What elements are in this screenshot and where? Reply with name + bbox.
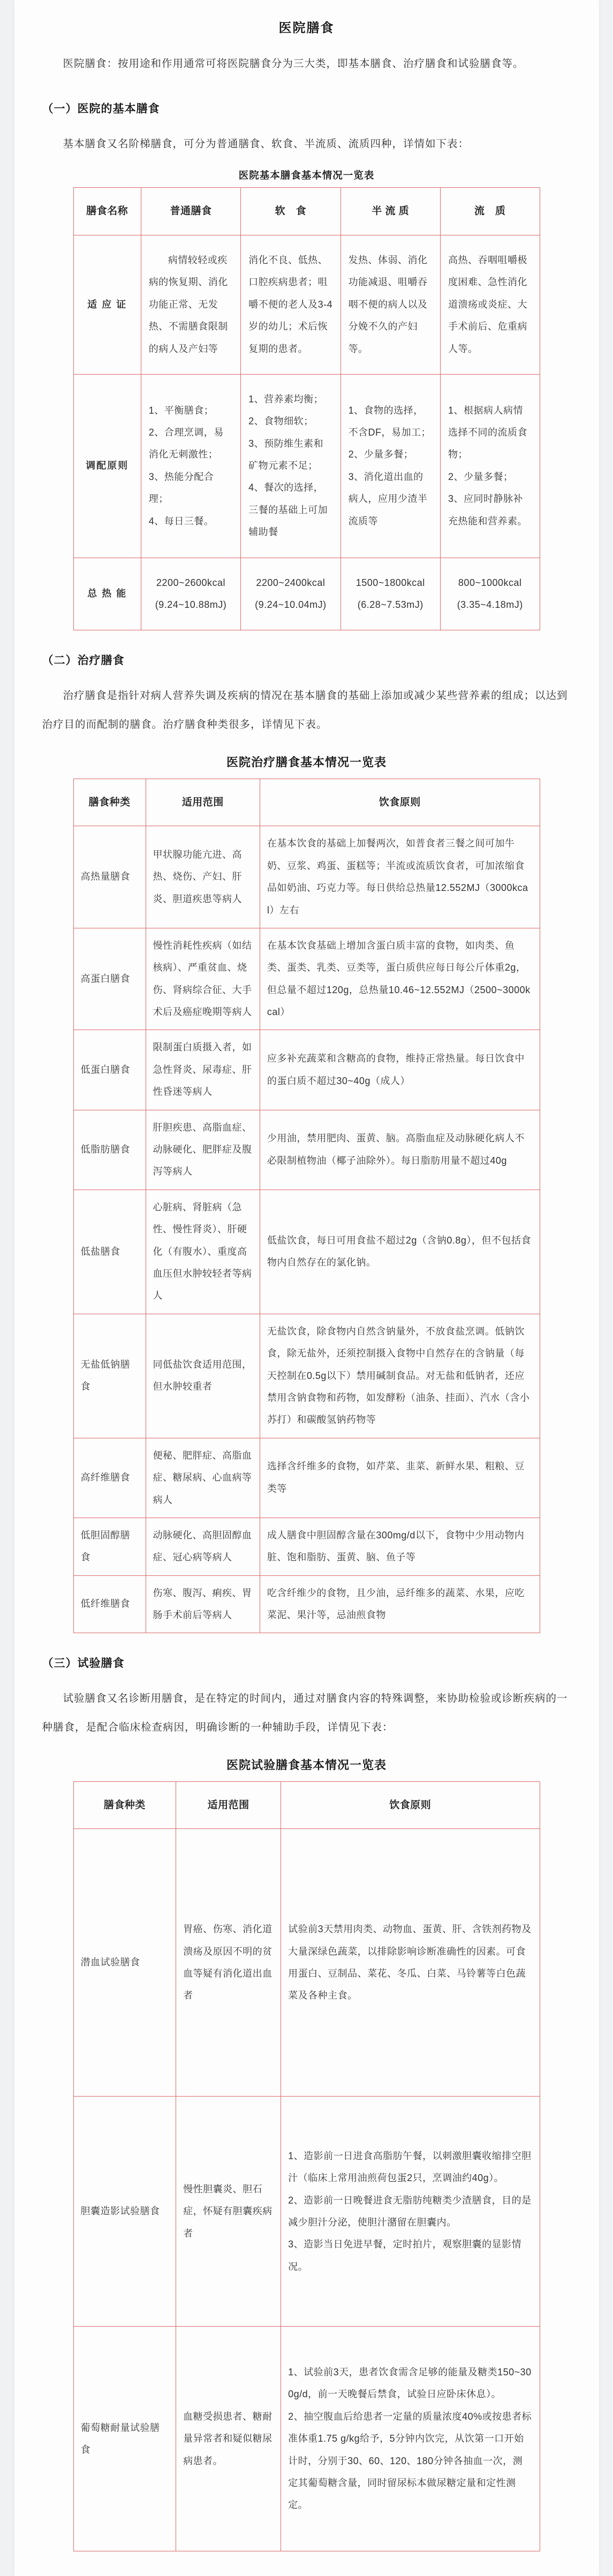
principle-cell: 选择含纤维多的食物，如芹菜、韭菜、新鲜水果、粗粮、豆类等 — [260, 1438, 540, 1518]
column-header: 适用范围 — [176, 1781, 281, 1829]
scope-cell: 慢性胆囊炎、胆石症，怀疑有胆囊疾病者 — [176, 2097, 281, 2327]
table-row: 膳食种类 适用范围 饮食原则 — [73, 779, 540, 826]
table-cell: 病情较轻或疾病的恢复期、消化功能正常、无发热、不需膳食限制的病人及产妇等 — [141, 235, 240, 374]
table-row: 胆囊造影试验膳食 慢性胆囊炎、胆石症，怀疑有胆囊疾病者 1、造影前一日进食高脂肪… — [73, 2097, 540, 2327]
principle-cell: 应多补充蔬菜和含糖高的食物，维持正常热量。每日饮食中的蛋白质不超过30~40g（… — [260, 1030, 540, 1110]
row-label: 低脂肪膳食 — [73, 1110, 146, 1190]
row-label: 潜血试验膳食 — [73, 1829, 176, 2097]
scope-cell: 心脏病、肾脏病（急性、慢性肾炎）、肝硬化（有腹水）、重度高血压但水肿较轻者等病人 — [146, 1190, 260, 1314]
row-label: 低纤维膳食 — [73, 1575, 146, 1633]
row-label: 低盐膳食 — [73, 1190, 146, 1314]
table-row: 膳食名称 普通膳食 软 食 半 流 质 流 质 — [73, 188, 540, 235]
table-cell: 消化不良、低热、口腔疾病患者；咀嚼不便的老人及3-4岁的幼儿；术后恢复期的患者。 — [241, 235, 340, 374]
scope-cell: 同低盐饮食适用范围，但水肿较重者 — [146, 1314, 260, 1438]
principle-cell: 1、造影前一日进食高脂肪午餐，以刺激胆囊收缩排空胆汁（临床上常用油煎荷包蛋2只，… — [281, 2097, 540, 2327]
table-row: 高蛋白膳食 慢性消耗性疾病（如结核病）、严重贫血、烧伤、肾病综合征、大手术后及癌… — [73, 928, 540, 1030]
principle-cell: 1、试验前3天，患者饮食需含足够的能量及糖类150~300g/d，前一天晚餐后禁… — [281, 2327, 540, 2551]
table-row: 低蛋白膳食 限制蛋白质摄入者，如急性肾炎、尿毒症、肝性昏迷等病人 应多补充蔬菜和… — [73, 1030, 540, 1110]
column-header: 饮食原则 — [281, 1781, 540, 1829]
document-page: 医院膳食 医院膳食：按用途和作用通常可将医院膳食分为三大类，即基本膳食、治疗膳食… — [14, 0, 599, 2576]
table-row: 低纤维膳食 伤寒、腹泻、痢疾、胃肠手术前后等病人 吃含纤维少的食物，且少油，忌纤… — [73, 1575, 540, 1633]
row-label: 低蛋白膳食 — [73, 1030, 146, 1110]
table-cell: 800~1000kcal (3.35~4.18mJ) — [440, 558, 540, 630]
table-cell: 1、平衡膳食； 2、合理烹调，易消化无刺激性； 3、热能分配合理； 4、每日三餐… — [141, 374, 240, 558]
table-row: 葡萄糖耐量试验膳食 血糖受损患者、糖耐量异常者和疑似糖尿病患者。 1、试验前3天… — [73, 2327, 540, 2551]
principle-cell: 吃含纤维少的食物，且少油，忌纤维多的蔬菜、水果，应吃菜泥、果汁等，忌油煎食物 — [260, 1575, 540, 1633]
row-label: 调配原则 — [73, 374, 141, 558]
bottom-whitespace — [14, 2551, 599, 2576]
table-row: 潜血试验膳食 胃癌、伤寒、消化道溃疡及原因不明的贫血等疑有消化道出血者 试验前3… — [73, 1829, 540, 2097]
row-label: 胆囊造影试验膳食 — [73, 2097, 176, 2327]
table-row: 无盐低钠膳食 同低盐饮食适用范围，但水肿较重者 无盐饮食，除食物内自然含钠量外，… — [73, 1314, 540, 1438]
principle-cell: 在基本饮食基础上增加含蛋白质丰富的食物，如肉类、鱼类、蛋类、乳类、豆类等，蛋白质… — [260, 928, 540, 1030]
basic-diet-table: 膳食名称 普通膳食 软 食 半 流 质 流 质 适 应 证 病情较轻或疾病的恢复… — [73, 187, 540, 630]
section-1-heading: （一）医院的基本膳食 — [42, 100, 571, 116]
column-header: 膳食种类 — [73, 1781, 176, 1829]
table-row: 高热量膳食 甲状腺功能亢进、高热、烧伤、产妇、肝炎、胆道疾患等病人 在基本饮食的… — [73, 826, 540, 928]
table-row: 高纤维膳食 便秘、肥胖症、高脂血症、糖尿病、心血病等病人 选择含纤维多的食物，如… — [73, 1438, 540, 1518]
section-3-lead: 试验膳食又名诊断用膳食，是在特定的时间内，通过对膳食内容的特殊调整，来协助检验或… — [42, 1685, 571, 1742]
principle-cell: 在基本饮食的基础上加餐两次，如普食者三餐之间可加牛奶、豆浆、鸡蛋、蛋糕等；半流或… — [260, 826, 540, 928]
table-cell: 发热、体弱、消化功能减退、咀嚼吞咽不便的病人以及分娩不久的产妇等。 — [340, 235, 440, 374]
table-row: 膳食种类 适用范围 饮食原则 — [73, 1781, 540, 1829]
scope-cell: 伤寒、腹泻、痢疾、胃肠手术前后等病人 — [146, 1575, 260, 1633]
section-2-heading: （二）治疗膳食 — [42, 652, 571, 668]
table-3-caption: 医院试验膳食基本情况一览表 — [14, 1756, 599, 1773]
row-label: 高蛋白膳食 — [73, 928, 146, 1030]
row-label: 高热量膳食 — [73, 826, 146, 928]
scope-cell: 甲状腺功能亢进、高热、烧伤、产妇、肝炎、胆道疾患等病人 — [146, 826, 260, 928]
intro-paragraph: 医院膳食：按用途和作用通常可将医院膳食分为三大类，即基本膳食、治疗膳食和试验膳食… — [42, 50, 571, 79]
table-row: 低胆固醇膳食 动脉硬化、高胆固醇血症、冠心病等病人 成人膳食中胆固醇含量在300… — [73, 1518, 540, 1575]
column-header: 适用范围 — [146, 779, 260, 826]
scope-cell: 肝胆疾患、高脂血症、动脉硬化、肥胖症及腹泻等病人 — [146, 1110, 260, 1190]
section-2-lead: 治疗膳食是指针对病人营养失调及疾病的情况在基本膳食的基础上添加或减少某些营养素的… — [42, 682, 571, 739]
principle-cell: 成人膳食中胆固醇含量在300mg/d以下，食物中少用动物内脏、饱和脂肪、蛋黄、脑… — [260, 1518, 540, 1575]
column-header: 膳食种类 — [73, 779, 146, 826]
table-row: 调配原则 1、平衡膳食； 2、合理烹调，易消化无刺激性； 3、热能分配合理； 4… — [73, 374, 540, 558]
scope-cell: 动脉硬化、高胆固醇血症、冠心病等病人 — [146, 1518, 260, 1575]
principle-cell: 低盐饮食，每日可用食盐不超过2g（含钠0.8g），但不包括食物内自然存在的氯化钠… — [260, 1190, 540, 1314]
principle-cell: 少用油，禁用肥肉、蛋黄、脑。高脂血症及动脉硬化病人不必限制植物油（椰子油除外）。… — [260, 1110, 540, 1190]
row-label: 低胆固醇膳食 — [73, 1518, 146, 1575]
table-cell: 1500~1800kcal (6.28~7.53mJ) — [340, 558, 440, 630]
row-label: 高纤维膳食 — [73, 1438, 146, 1518]
scope-cell: 便秘、肥胖症、高脂血症、糖尿病、心血病等病人 — [146, 1438, 260, 1518]
table-row: 低盐膳食 心脏病、肾脏病（急性、慢性肾炎）、肝硬化（有腹水）、重度高血压但水肿较… — [73, 1190, 540, 1314]
scope-cell: 慢性消耗性疾病（如结核病）、严重贫血、烧伤、肾病综合征、大手术后及癌症晚期等病人 — [146, 928, 260, 1030]
table-cell: 2200~2600kcal (9.24~10.88mJ) — [141, 558, 240, 630]
table-cell: 1、食物的选择，不含DF，易加工； 2、少量多餐； 3、消化道出血的病人，应用少… — [340, 374, 440, 558]
table-cell: 1、营养素均衡； 2、食物细软； 3、预防维生素和矿物元素不足； 4、餐次的选择… — [241, 374, 340, 558]
document-scan: { "colors": { "table_border": "#dd6a6a",… — [0, 0, 613, 2576]
column-header: 膳食名称 — [73, 188, 141, 235]
row-label: 葡萄糖耐量试验膳食 — [73, 2327, 176, 2551]
table-cell: 高热、吞咽咀嚼极度困难、急性消化道溃疡或炎症、大手术前后、危重病人等。 — [440, 235, 540, 374]
principle-cell: 无盐饮食，除食物内自然含钠量外，不放食盐烹调。低钠饮食，除无盐外，还须控制摄入食… — [260, 1314, 540, 1438]
row-label: 无盐低钠膳食 — [73, 1314, 146, 1438]
column-header: 软 食 — [241, 188, 340, 235]
table-row: 适 应 证 病情较轻或疾病的恢复期、消化功能正常、无发热、不需膳食限制的病人及产… — [73, 235, 540, 374]
row-label: 总 热 能 — [73, 558, 141, 630]
section-1-lead: 基本膳食又名阶梯膳食，可分为普通膳食、软食、半流质、流质四种，详情如下表： — [42, 130, 571, 159]
table-cell: 1、根据病人病情选择不同的流质食物； 2、少量多餐； 3、应同时静脉补充热能和营… — [440, 374, 540, 558]
row-label: 适 应 证 — [73, 235, 141, 374]
column-header: 饮食原则 — [260, 779, 540, 826]
table-2-caption: 医院治疗膳食基本情况一览表 — [14, 753, 599, 770]
table-cell: 2200~2400kcal (9.24~10.04mJ) — [241, 558, 340, 630]
principle-cell: 试验前3天禁用肉类、动物血、蛋黄、肝、含铁剂药物及大量深绿色蔬菜，以排除影响诊断… — [281, 1829, 540, 2097]
column-header: 半 流 质 — [340, 188, 440, 235]
column-header: 普通膳食 — [141, 188, 240, 235]
column-header: 流 质 — [440, 188, 540, 235]
table-row: 总 热 能 2200~2600kcal (9.24~10.88mJ) 2200~… — [73, 558, 540, 630]
scope-cell: 胃癌、伤寒、消化道溃疡及原因不明的贫血等疑有消化道出血者 — [176, 1829, 281, 2097]
section-3-heading: （三）试验膳食 — [42, 1655, 571, 1671]
therapeutic-diet-table: 膳食种类 适用范围 饮食原则 高热量膳食 甲状腺功能亢进、高热、烧伤、产妇、肝炎… — [73, 779, 540, 1634]
test-diet-table: 膳食种类 适用范围 饮食原则 潜血试验膳食 胃癌、伤寒、消化道溃疡及原因不明的贫… — [73, 1781, 540, 2552]
scope-cell: 血糖受损患者、糖耐量异常者和疑似糖尿病患者。 — [176, 2327, 281, 2551]
table-1-caption: 医院基本膳食基本情况一览表 — [14, 168, 599, 182]
scope-cell: 限制蛋白质摄入者，如急性肾炎、尿毒症、肝性昏迷等病人 — [146, 1030, 260, 1110]
page-title: 医院膳食 — [14, 17, 599, 36]
table-row: 低脂肪膳食 肝胆疾患、高脂血症、动脉硬化、肥胖症及腹泻等病人 少用油，禁用肥肉、… — [73, 1110, 540, 1190]
